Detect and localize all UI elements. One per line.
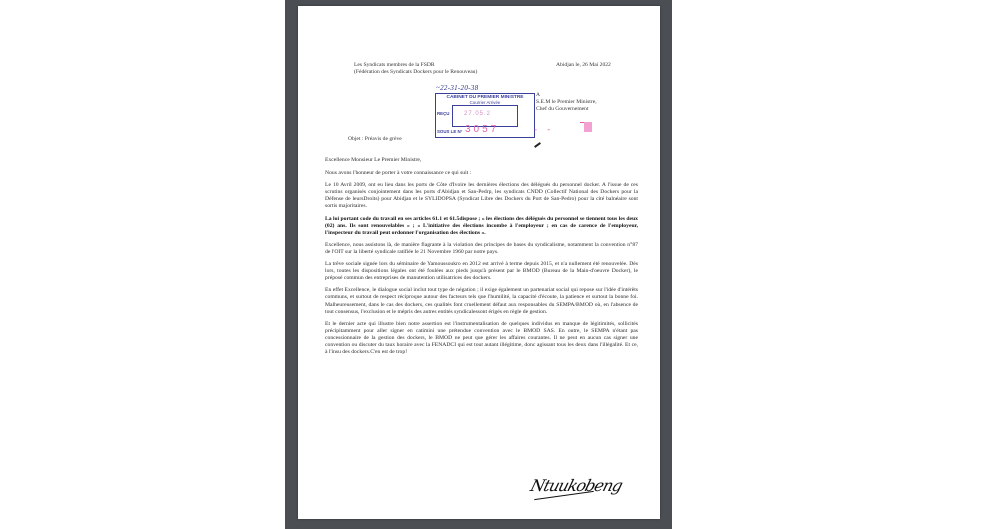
paragraph-oit-convention: Excellence, nous assistons là, de manièr… [325, 242, 638, 256]
stamp-number-value: 3057 [465, 124, 499, 135]
document-page: Les Syndicats membres de la FSDR (Fédéra… [298, 6, 660, 519]
paragraph-elections: Le 10 Avril 2009, ont eu lieu dans les p… [325, 182, 638, 210]
stamp-number-label: SOUS LE N° [437, 129, 462, 134]
recipient-prefix: A [536, 92, 597, 99]
reception-stamp: CABINET DU PREMIER MINISTRE Courrier Arr… [435, 93, 535, 138]
intro-paragraph: Nous avons l'honneur de porter à votre c… [325, 170, 638, 177]
recipient-line-2: Chef du Gouvernement [536, 106, 597, 113]
sender-block: Les Syndicats membres de la FSDR (Fédéra… [354, 62, 477, 76]
stamp-received-label: REÇU [437, 111, 449, 116]
stamp-received-date: 27.05.2 [464, 111, 491, 117]
paragraph-last-act: Et le dernier acte qui illustre bien not… [325, 321, 638, 356]
paragraph-social-dialogue: En effet Excellence, le dialogue social … [325, 287, 638, 315]
sender-line-2: (Fédération des Syndicats Dockers pour l… [354, 69, 477, 76]
stamp-number-suffix: - - [534, 124, 554, 134]
stamp-ink-block [584, 122, 592, 132]
pen-mark [534, 142, 541, 148]
paragraph-labour-code: La loi portant code du travail en ses ar… [325, 216, 638, 237]
recipient-block: A S.E.M le Premier Ministre, Chef du Gou… [536, 92, 597, 114]
letter-body: Excellence Monsieur Le Premier Ministre,… [325, 157, 638, 361]
stamp-handwritten-ref: ~22-31-20-38 [436, 84, 478, 92]
paragraph-social-truce: La trêve sociale signée lors du séminair… [325, 261, 638, 282]
letter-date: Abidjan le, 26 Mai 2022 [556, 62, 611, 68]
salutation: Excellence Monsieur Le Premier Ministre, [325, 157, 638, 164]
letter-subject: Objet : Préavis de grève [348, 136, 402, 142]
